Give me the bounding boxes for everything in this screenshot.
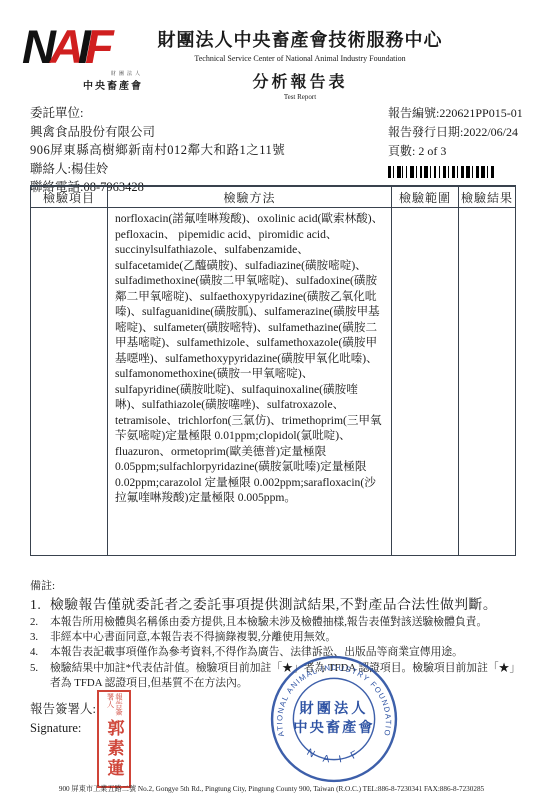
report-page: NAIF 財團法人 中央畜產會 財團法人中央畜產會技術服務中心 Technica…: [0, 0, 543, 812]
logo-letter-a: A: [50, 20, 78, 73]
signer-stamp-name: 郭素蓮: [102, 719, 127, 779]
report-number-value: 220621PP015-01: [439, 106, 522, 120]
note-number: 2.: [30, 615, 50, 630]
naif-logo: NAIF 財團法人 中央畜產會: [22, 22, 147, 92]
seal-center-line1: 財團法人: [300, 699, 369, 717]
client-unit-label: 委託單位:: [30, 104, 285, 123]
note-item-3: 3. 非經本中心書面同意,本報告表不得摘錄複製,分離使用無效。: [30, 630, 522, 645]
contact-label: 聯絡人:: [30, 162, 71, 176]
report-meta: 報告編號:220621PP015-01 報告發行日期:2022/06/24 頁數…: [388, 104, 523, 178]
report-pages-label: 頁數:: [388, 144, 415, 158]
report-date-label: 報告發行日期:: [388, 125, 463, 139]
org-title-en: Technical Service Center of National Ani…: [135, 54, 465, 63]
col-header-range: 檢驗範圍: [392, 186, 459, 208]
logo-letter-i: I: [78, 20, 85, 73]
org-title-zh: 財團法人中央畜產會技術服務中心: [135, 26, 465, 52]
report-number-row: 報告編號:220621PP015-01: [388, 104, 523, 123]
report-pages-value: 2 of 3: [418, 144, 446, 158]
note-item-1: 1. 檢驗報告僅就委託者之委託事項提供測試結果,不對產品合法性做判斷。: [30, 595, 522, 615]
report-number-label: 報告編號:: [388, 106, 439, 120]
note-item-2: 2. 本報告所用檢體與名稱係由委方提供,且本檢驗未涉及檢體抽樣,報告表僅對該送驗…: [30, 615, 522, 630]
col-header-result: 檢驗結果: [459, 186, 516, 208]
table-row: norfloxacin(諾氟喹啉羧酸)、oxolinic acid(歐索林酸)、…: [31, 208, 516, 556]
barcode: [388, 166, 502, 178]
cell-method: norfloxacin(諾氟喹啉羧酸)、oxolinic acid(歐索林酸)、…: [108, 208, 392, 556]
cell-item: [31, 208, 108, 556]
report-date-row: 報告發行日期:2022/06/24: [388, 123, 523, 142]
logo-subtitle: 財團法人 中央畜產會: [22, 70, 147, 92]
logo-letter-n: N: [22, 20, 50, 73]
report-date-value: 2022/06/24: [463, 125, 518, 139]
seal-arc-bottom-text: N A I F: [305, 747, 364, 766]
signer-stamp: 報告簽署人 郭素蓮: [97, 690, 131, 788]
client-name: 興禽食品股份有限公司: [30, 123, 285, 142]
notes-title: 備註:: [30, 577, 522, 593]
doc-title-en: Test Report: [135, 93, 465, 101]
col-header-item: 檢驗項目: [31, 186, 108, 208]
note-number: 4.: [30, 645, 50, 660]
cell-result: [459, 208, 516, 556]
note-text: 檢驗報告僅就委託者之委託事項提供測試結果,不對產品合法性做判斷。: [50, 595, 522, 615]
footer-address: 900 屏東市工業五路二號 No.2, Gongye 5th Rd., Ping…: [0, 784, 543, 794]
signer-stamp-title: 報告簽署人: [106, 693, 123, 717]
client-info: 委託單位: 興禽食品股份有限公司 906屏東縣高樹鄉新南村012鄰大和路1之11…: [30, 104, 285, 197]
doc-title-zh: 分析報告表: [135, 69, 465, 92]
seal-center-line2: 中央畜產會: [293, 718, 374, 736]
naif-logo-letters: NAIF: [22, 22, 147, 72]
seal-inner-circle: [293, 678, 374, 759]
table-header-row: 檢驗項目 檢驗方法 檢驗範圍 檢驗結果: [31, 186, 516, 208]
note-text: 本報告所用檢體與名稱係由委方提供,且本檢驗未涉及檢體抽樣,報告表僅對該送驗檢體負…: [50, 615, 522, 630]
contact-name: 楊佳姈: [71, 162, 109, 176]
cell-range: [392, 208, 459, 556]
note-text: 非經本中心書面同意,本報告表不得摘錄複製,分離使用無效。: [50, 630, 522, 645]
test-result-table: 檢驗項目 檢驗方法 檢驗範圍 檢驗結果 norfloxacin(諾氟喹啉羧酸)、…: [30, 185, 516, 556]
col-header-method: 檢驗方法: [108, 186, 392, 208]
note-number: 5.: [30, 661, 50, 691]
foundation-seal: NATIONAL ANIMAL INDUSTRY FOUNDATION N A …: [268, 653, 400, 785]
signature-label-zh: 報告簽署人:: [30, 700, 96, 719]
header-titles: 財團法人中央畜產會技術服務中心 Technical Service Center…: [135, 26, 465, 101]
note-number: 3.: [30, 630, 50, 645]
svg-text:N A I F: N A I F: [305, 747, 364, 766]
logo-letter-f: F: [85, 20, 108, 73]
client-contact: 聯絡人:楊佳姈: [30, 160, 285, 179]
client-address: 906屏東縣高樹鄉新南村012鄰大和路1之11號: [30, 141, 285, 160]
report-pages-row: 頁數: 2 of 3: [388, 142, 523, 161]
signature-label-en: Signature:: [30, 719, 96, 738]
signature-block: 報告簽署人: Signature:: [30, 700, 96, 738]
note-number: 1.: [30, 595, 50, 615]
logo-subtitle-large: 中央畜產會: [22, 77, 143, 92]
